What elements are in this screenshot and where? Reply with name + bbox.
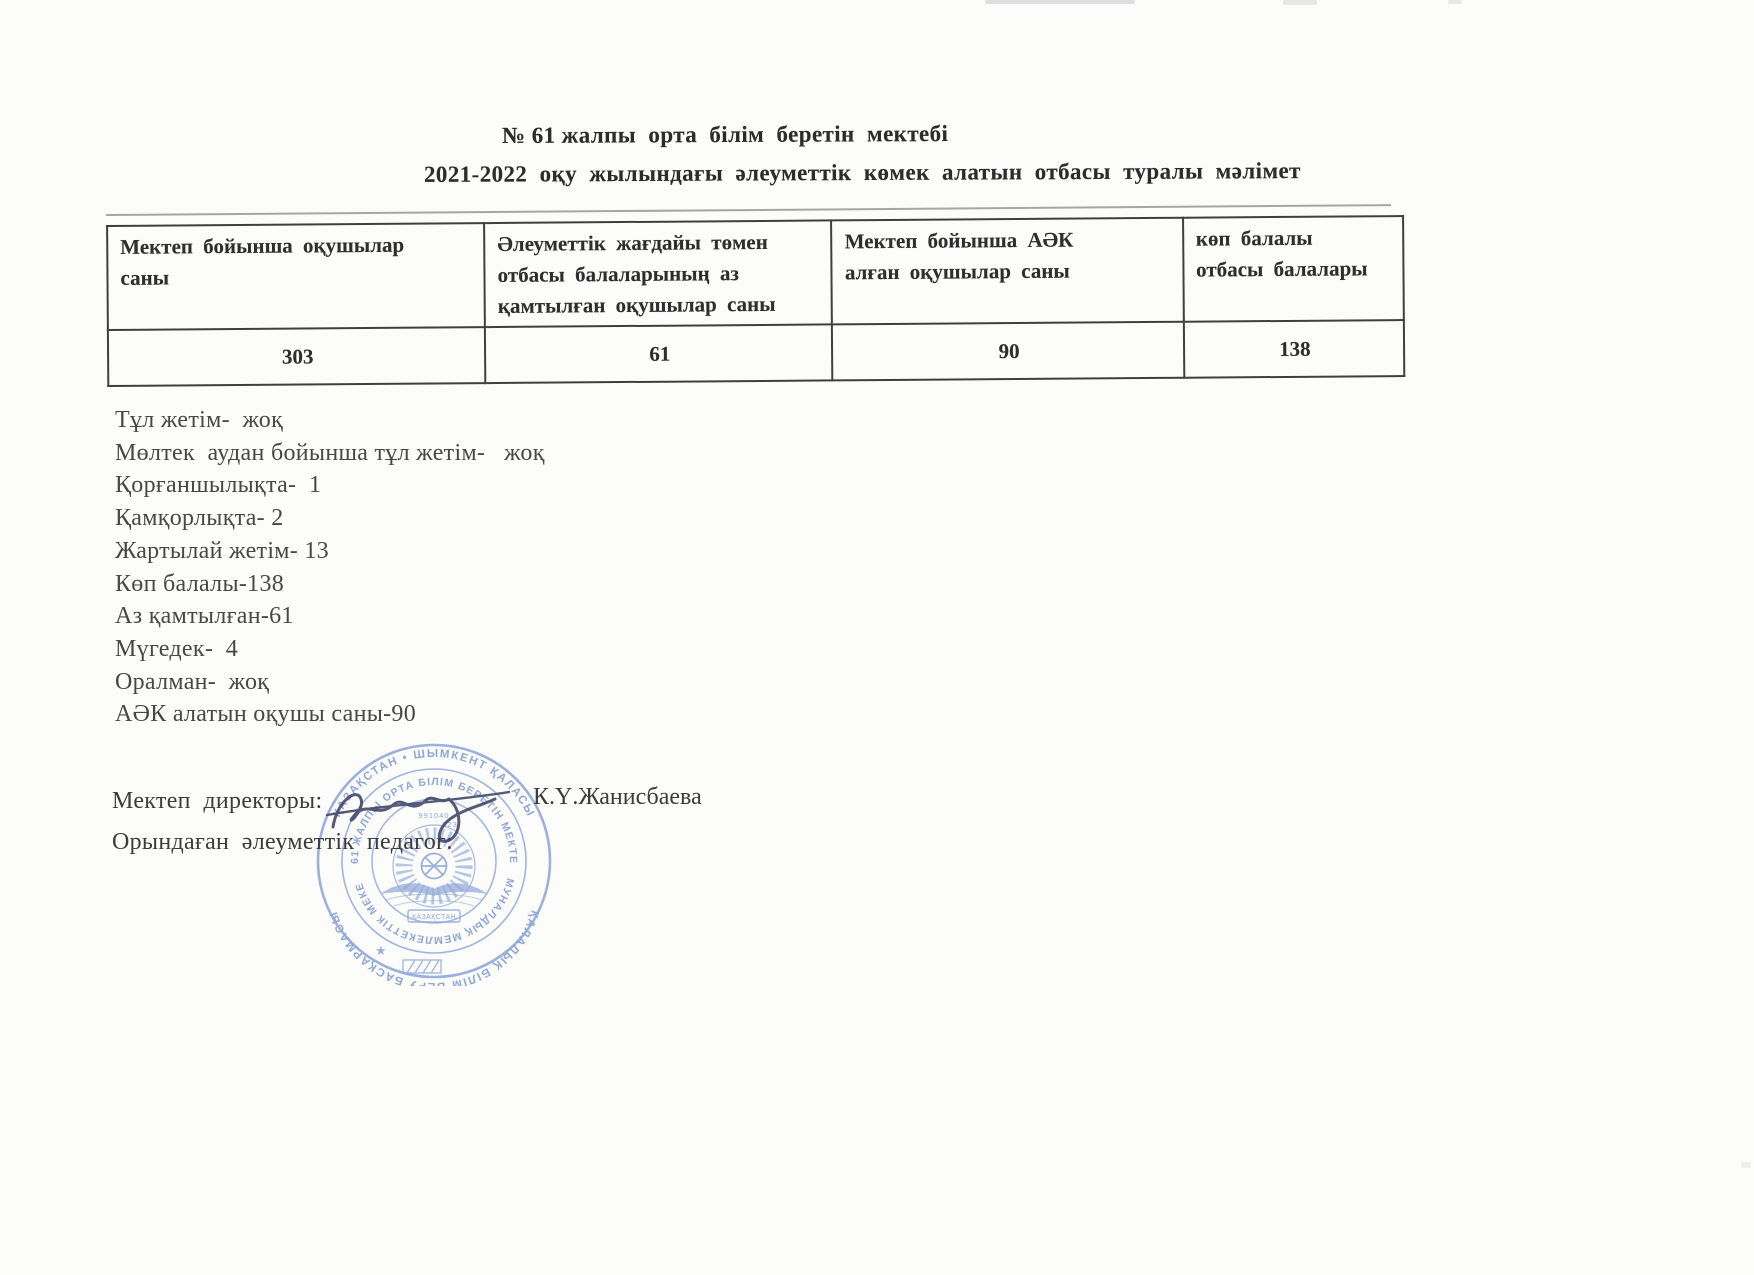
table-header-row: Мектеп бойынша оқушылар саны Әлеуметтік …: [107, 216, 1404, 330]
summary-table: Мектеп бойынша оқушылар саны Әлеуметтік …: [106, 215, 1405, 387]
table-header-cell: Әлеуметтік жағдайы төмен отбасы балалары…: [484, 220, 832, 327]
stamp-hatch-mark: [403, 960, 441, 973]
value-aak-recipients: 90: [832, 322, 1184, 381]
signature-stroke-tail: [439, 799, 495, 841]
note-line: Жартылай жетім- 13: [115, 535, 545, 568]
scan-artifact: [1741, 1162, 1751, 1168]
note-line: Мөлтек аудан бойынша тұл жетім- жоқ: [115, 437, 545, 470]
emblem-shanyrak: [422, 854, 447, 879]
value-students-total: 303: [108, 327, 486, 386]
stamp-star-separator: ★: [375, 943, 387, 958]
table-values-row: 303 61 90 138: [108, 320, 1404, 386]
value-low-income: 61: [485, 324, 833, 383]
scan-artifact: [1448, 0, 1462, 4]
note-line: Көп балалы-138: [115, 568, 545, 601]
value-large-families: 138: [1183, 320, 1404, 378]
scanned-document-page: № 61 жалпы орта білім беретін мектебі 20…: [0, 0, 1754, 1275]
note-line: Қорғаншылықта- 1: [115, 469, 545, 502]
note-line: Мүгедек- 4: [115, 633, 545, 666]
note-line: Қамқорлықта- 2: [115, 502, 545, 535]
note-line: Аз қамтылған-61: [115, 600, 545, 633]
director-label: Мектеп директоры:: [112, 788, 322, 815]
note-line: Оралман- жоқ: [115, 666, 545, 699]
emblem-banner-text: ҚАЗАҚСТАН: [412, 914, 456, 921]
director-signature: [323, 773, 518, 853]
summary-table-wrapper: Мектеп бойынша оқушылар саны Әлеуметтік …: [106, 204, 1405, 387]
table-header-cell: көп балалы отбасы балалары: [1183, 216, 1404, 322]
header-low-income: Әлеуметтік жағдайы төмен отбасы балалары…: [497, 227, 820, 322]
table-header-cell: Мектеп бойынша АӘК алған оқушылар саны: [832, 218, 1184, 325]
table-header-cell: Мектеп бойынша оқушылар саны: [107, 223, 485, 330]
note-line: Тұл жетім- жоқ: [115, 404, 545, 437]
document-title-line1: № 61 жалпы орта білім беретін мектебі: [502, 121, 948, 149]
header-students-total: Мектеп бойынша оқушылар саны: [120, 230, 420, 294]
header-large-families: көп балалы отбасы балалары: [1196, 222, 1378, 285]
statistics-notes-block: Тұл жетім- жоқ Мөлтек аудан бойынша тұл …: [115, 404, 545, 731]
document-title-line2: 2021-2022 оқу жылындағы әлеуметтік көмек…: [424, 158, 1301, 188]
header-aak-recipients: Мектеп бойынша АӘК алған оқушылар саны: [845, 224, 1117, 288]
scan-artifact: [1283, 0, 1317, 5]
scan-artifact: [985, 0, 1135, 4]
note-line: АӘК алатын оқушы саны-90: [115, 698, 545, 731]
scan-double-border-line: [106, 204, 1391, 216]
director-name: К.Ү.Жанисбаева: [533, 784, 702, 811]
